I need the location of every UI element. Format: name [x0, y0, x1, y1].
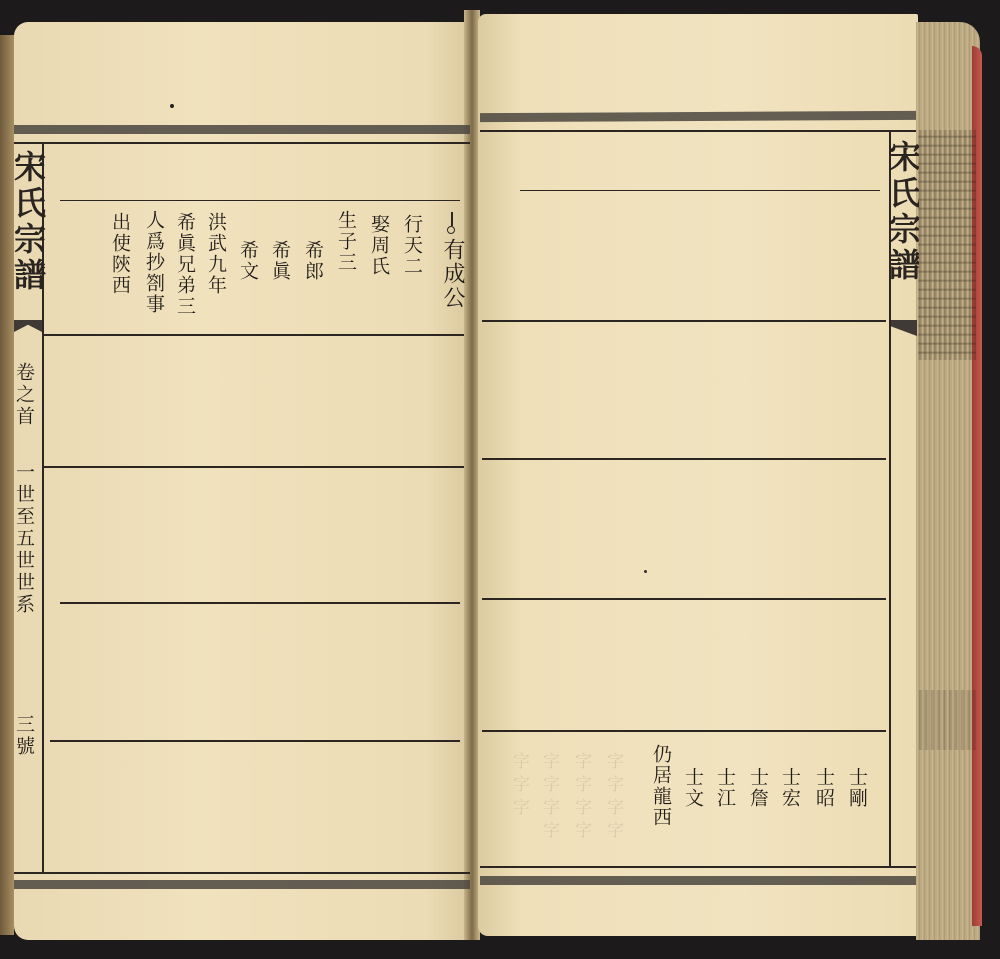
left-top-thin-border [14, 142, 470, 144]
residence-note: 仍居龍西 [651, 744, 670, 828]
left-bottom-thin-border [14, 872, 470, 874]
lineage-connector-line [451, 212, 453, 226]
ink-speck [170, 104, 174, 108]
bleed-through-text: 字字字字 [572, 752, 589, 844]
descendant-name-1: 士剛 [847, 767, 866, 809]
left-bottom-thick-border [14, 880, 470, 889]
right-bottom-thick-border [480, 876, 916, 885]
entry-col-note-2: 希眞兄弟三 [175, 212, 194, 317]
right-bottom-thin-border [480, 866, 916, 868]
fold-number-label: 三號 [14, 714, 33, 758]
entry-col-son-1: 希郎 [303, 240, 322, 282]
volume-label: 卷之首 [14, 362, 33, 428]
left-row-rule-1 [60, 200, 460, 201]
entry-col-note-3: 人爲抄劄事 [144, 210, 163, 315]
right-banner-title: 宋氏宗譜 [889, 140, 919, 284]
descendant-name-5: 士江 [715, 767, 734, 809]
left-page [14, 22, 472, 940]
descendant-name-3: 士宏 [780, 767, 799, 809]
left-top-thick-border [14, 125, 470, 134]
right-top-thin-border [480, 130, 916, 132]
left-banner-title: 宋氏宗譜 [12, 150, 44, 294]
right-row-rule-5 [482, 730, 886, 732]
entry-col-rank: 行天二 [402, 214, 421, 277]
entry-col-note-1: 洪武九年 [206, 212, 225, 296]
fore-edge-ink-marks [918, 130, 976, 360]
right-row-rule-2 [482, 320, 886, 322]
bleed-through-text: 字字字字 [540, 752, 557, 844]
lineage-node-marker [447, 226, 455, 234]
ancestor-name: 有成公 [441, 238, 463, 310]
right-row-rule-3 [482, 458, 886, 460]
right-row-rule-4 [482, 598, 886, 600]
entry-col-son-3: 希文 [238, 240, 257, 282]
right-row-rule-1 [520, 190, 880, 191]
descendant-name-6: 士文 [683, 767, 702, 809]
left-row-rule-2 [44, 334, 464, 336]
bleed-through-text: 字字字字 [604, 752, 621, 844]
left-row-rule-4 [60, 602, 460, 604]
bleed-through-text: 字字字 [510, 752, 527, 821]
descendant-name-2: 士昭 [814, 767, 833, 809]
entry-col-son-2: 希眞 [270, 240, 289, 282]
ink-speck [644, 570, 647, 573]
fore-edge-ink-marks-lower [918, 690, 976, 750]
left-row-rule-3 [44, 466, 464, 468]
entry-col-sons: 生子三 [336, 210, 355, 273]
left-row-rule-5 [50, 740, 460, 742]
entry-col-spouse: 娶周氏 [369, 214, 388, 277]
descendant-name-4: 士詹 [748, 767, 767, 809]
section-label: 一世至五世世系 [14, 462, 33, 616]
entry-col-note-4: 出使陝西 [110, 212, 129, 296]
